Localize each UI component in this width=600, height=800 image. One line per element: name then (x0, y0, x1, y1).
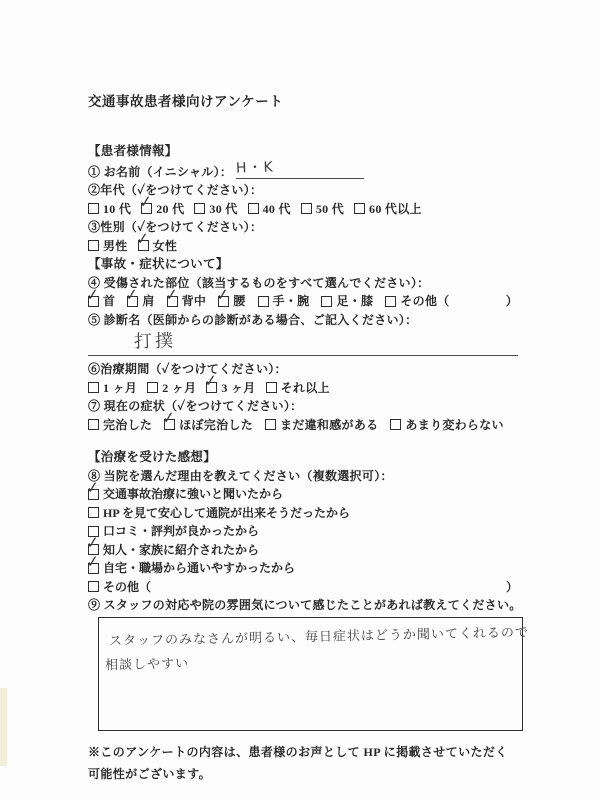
close-paren: ） (506, 294, 518, 308)
option-label: 40 代 (263, 202, 291, 216)
q2-label: ②年代（✓をつけてください）： (88, 183, 518, 197)
option-label: ほぼ完治した (179, 418, 253, 432)
checkbox-option: 手・腕 (258, 294, 310, 308)
checked-checkbox-icon (127, 296, 138, 307)
option-label: 60 代以上 (369, 202, 422, 216)
checkbox-option: 20 代 (141, 202, 184, 216)
checkbox-option: その他（） (385, 294, 518, 308)
option-label: 50 代 (316, 202, 344, 216)
section-gap (88, 436, 518, 450)
option-label: 首 (103, 294, 115, 308)
checked-checkbox-icon (167, 296, 178, 307)
q3-options: 男性女性 (88, 239, 518, 253)
option-label: あまり変わらない (405, 418, 503, 432)
empty-checkbox-icon (88, 581, 99, 592)
page-title: 交通事故患者様向けアンケート (88, 90, 518, 110)
q3-label: ③性別（✓をつけてください）： (88, 220, 518, 234)
option-label: 女性 (153, 239, 178, 253)
option-label: 背中 (182, 294, 207, 308)
section-heading-accident-symptoms: 【事故・症状について】 (88, 257, 518, 271)
checkbox-option: 知人・家族に紹介されたから (88, 543, 518, 557)
checkbox-option: 腰 (218, 294, 245, 308)
checkbox-option: 40 代 (248, 202, 291, 216)
q5-answer-underline: 打撲 (88, 331, 518, 356)
option-label: 肩 (142, 294, 154, 308)
checked-checkbox-icon (206, 382, 217, 393)
empty-checkbox-icon (88, 240, 99, 251)
checkbox-option: 30 代 (194, 202, 237, 216)
checkbox-option: それ以上 (266, 381, 330, 395)
paper-edge-artifact (0, 688, 7, 766)
empty-checkbox-icon (248, 203, 259, 214)
scanned-survey-page: 交通事故患者様向けアンケート 【患者様情報】 ① お名前（イニシャル）：H・K … (0, 0, 600, 800)
checkbox-option: 足・膝 (321, 294, 373, 308)
option-label: 交通事故治療に強いと聞いたから (103, 487, 283, 501)
q8-options: 交通事故治療に強いと聞いたからHP を見て安心して通院が出来そうだったから口コミ… (88, 487, 518, 594)
option-label: 手・腕 (273, 294, 310, 308)
option-label: その他（ (400, 294, 449, 308)
option-label: 1 ヶ月 (103, 381, 137, 395)
option-label: 知人・家族に紹介されたから (103, 543, 259, 557)
checkbox-option: その他（） (88, 580, 518, 594)
option-label: 30 代 (209, 202, 237, 216)
empty-checkbox-icon (88, 419, 99, 430)
empty-checkbox-icon (88, 382, 99, 393)
empty-checkbox-icon (321, 296, 332, 307)
checked-checkbox-icon (141, 203, 152, 214)
empty-checkbox-icon (88, 507, 99, 518)
section-heading-patient-info: 【患者様情報】 (88, 144, 518, 158)
checkbox-option: 自宅・職場から通いやすかったから (88, 561, 518, 575)
option-label: その他（ (103, 580, 151, 594)
checkbox-option: 口コミ・評判が良かったから (88, 524, 518, 538)
checkbox-option: 背中 (167, 294, 207, 308)
checked-checkbox-icon (88, 296, 99, 307)
empty-checkbox-icon (266, 382, 277, 393)
checkbox-option: 交通事故治療に強いと聞いたから (88, 487, 518, 501)
empty-checkbox-icon (88, 203, 99, 214)
checkbox-option: 60 代以上 (354, 202, 422, 216)
q1-name-row: ① お名前（イニシャル）：H・K (88, 163, 518, 179)
checkbox-option: あまり変わらない (390, 418, 503, 432)
q9-comment-box: スタッフのみなさんが明るい、毎日症状はどうか聞いてくれるので 相談しやすい (98, 617, 523, 731)
q5-label: ⑤ 診断名（医師からの診断がある場合、ご記入ください）： (88, 313, 518, 327)
checkbox-option: 男性 (88, 239, 128, 253)
checkbox-option: 首 (88, 294, 115, 308)
checkbox-option: ほぼ完治した (164, 418, 253, 432)
checkbox-option: 3 ヶ月 (206, 381, 255, 395)
close-paren: ） (506, 580, 518, 594)
option-label: HP を見て安心して通院が出来そうだったから (103, 506, 350, 520)
empty-checkbox-icon (390, 419, 401, 430)
q2-options: 10 代20 代30 代40 代50 代60 代以上 (88, 202, 518, 216)
q8-label: ⑧ 当院を選んだ理由を教えてください（複数選択可）： (88, 469, 518, 483)
option-label: 自宅・職場から通いやすかったから (103, 561, 295, 575)
option-label: 男性 (103, 239, 128, 253)
q1-handwritten-initials: H・K (236, 160, 275, 175)
checkbox-option: 女性 (138, 239, 178, 253)
footer-note: ※このアンケートの内容は、患者様のお声として HP に掲載させていただく可能性が… (88, 741, 518, 785)
q9-label: ⑨ スタッフの対応や院の雰囲気について感じたことがあれば教えてください。 (88, 598, 518, 612)
q6-options: 1 ヶ月2 ヶ月3 ヶ月それ以上 (88, 381, 518, 395)
checkbox-option: 肩 (127, 294, 154, 308)
checkbox-option: 1 ヶ月 (88, 381, 137, 395)
empty-checkbox-icon (354, 203, 365, 214)
checkbox-option: 2 ヶ月 (147, 381, 196, 395)
option-label: 20 代 (156, 202, 184, 216)
q4-label: ④ 受傷された部位（該当するものをすべて選んでください）： (88, 276, 518, 290)
option-label: まだ違和感がある (280, 418, 378, 432)
checkbox-option: HP を見て安心して通院が出来そうだったから (88, 506, 518, 520)
option-label: 3 ヶ月 (221, 381, 255, 395)
checked-checkbox-icon (88, 563, 99, 574)
empty-checkbox-icon (147, 382, 158, 393)
q7-options: 完治したほぼ完治したまだ違和感があるあまり変わらない (88, 418, 518, 432)
q5-handwritten-diagnosis: 打撲 (134, 331, 176, 354)
checkbox-option: 10 代 (88, 202, 131, 216)
checked-checkbox-icon (88, 489, 99, 500)
checkbox-option: まだ違和感がある (265, 418, 378, 432)
option-label: 2 ヶ月 (162, 381, 196, 395)
checkbox-option: 完治した (88, 418, 152, 432)
option-label: 口コミ・評判が良かったから (103, 524, 259, 538)
q4-options: 首肩背中腰手・腕足・膝その他（） (88, 294, 518, 308)
empty-checkbox-icon (265, 419, 276, 430)
q6-label: ⑥治療期間（✓をつけてください）： (88, 362, 518, 376)
empty-checkbox-icon (301, 203, 312, 214)
form-content: 交通事故患者様向けアンケート 【患者様情報】 ① お名前（イニシャル）：H・K … (88, 90, 518, 785)
q1-answer-underline: H・K (236, 163, 364, 179)
checked-checkbox-icon (164, 419, 175, 430)
checkbox-option: 50 代 (301, 202, 344, 216)
section-heading-treatment-feedback: 【治療を受けた感想】 (88, 450, 518, 464)
q7-label: ⑦ 現在の症状（✓をつけてください）： (88, 399, 518, 413)
checked-checkbox-icon (218, 296, 229, 307)
empty-checkbox-icon (258, 296, 269, 307)
option-label: 完治した (103, 418, 152, 432)
option-label: 10 代 (103, 202, 131, 216)
empty-checkbox-icon (194, 203, 205, 214)
option-label: 腰 (233, 294, 245, 308)
option-label: 足・膝 (336, 294, 373, 308)
empty-checkbox-icon (385, 296, 396, 307)
option-label: それ以上 (281, 381, 330, 395)
q1-label: ① お名前（イニシャル）： (88, 165, 232, 179)
checked-checkbox-icon (138, 240, 149, 251)
